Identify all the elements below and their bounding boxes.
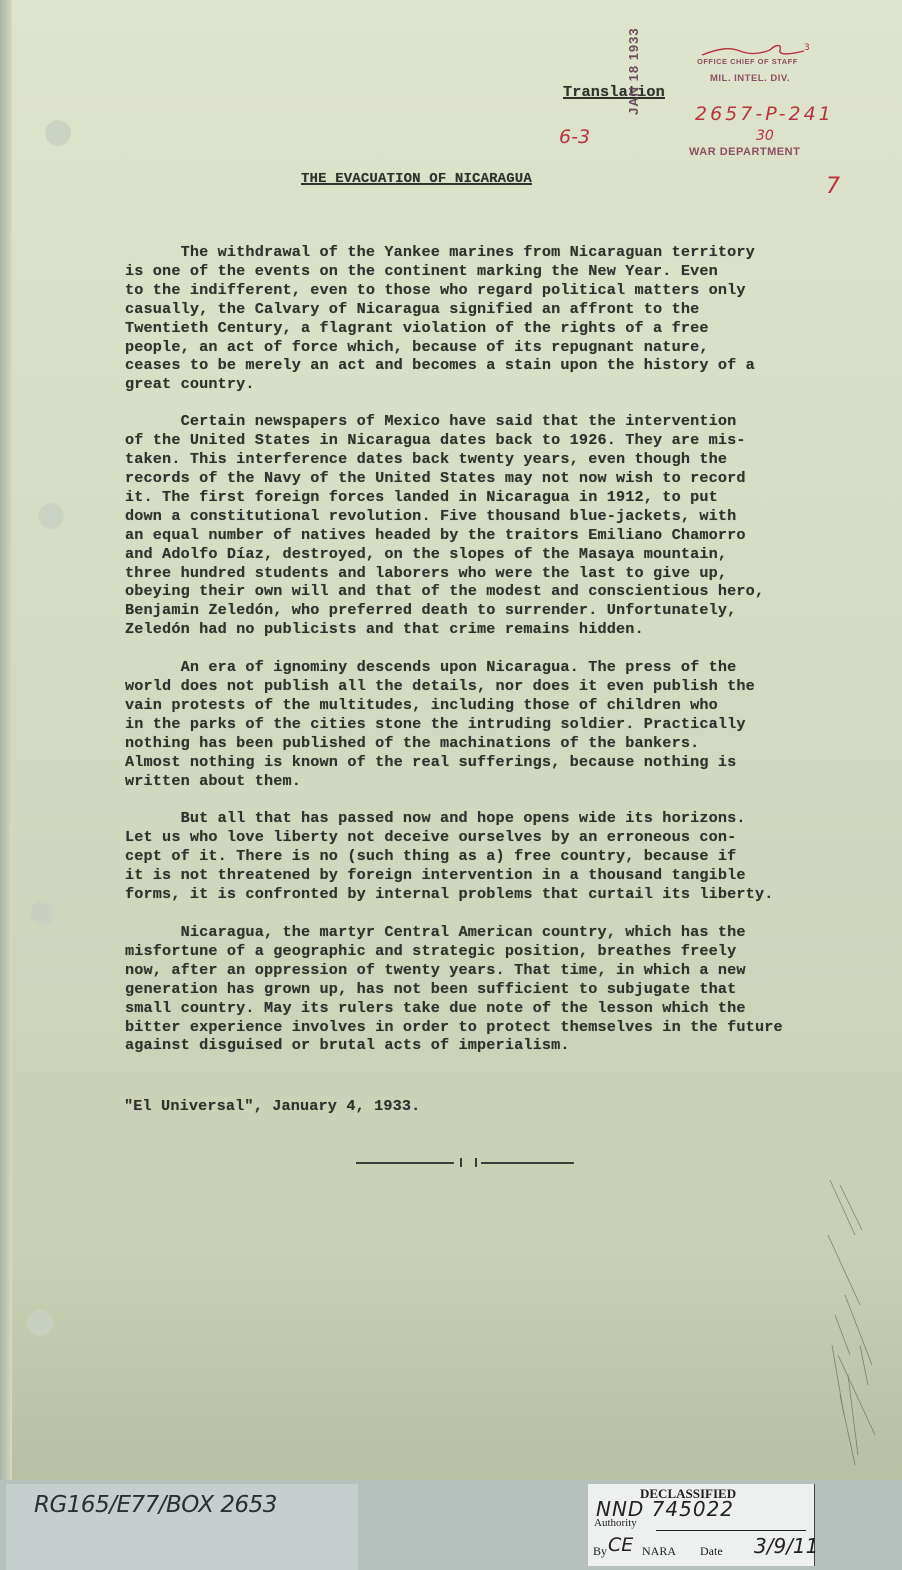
box-label: RG165/E77/BOX 2653 bbox=[34, 1492, 277, 1518]
paragraph: An era of ignominy descends upon Nicarag… bbox=[125, 658, 825, 790]
number-annotation: 30 bbox=[756, 128, 774, 144]
paragraph: But all that has passed now and hope ope… bbox=[125, 809, 825, 904]
by-value: CE bbox=[608, 1534, 633, 1556]
authority-line bbox=[656, 1530, 806, 1531]
corner-mark-annotation: 7 bbox=[826, 174, 840, 199]
translation-label: Translation bbox=[563, 83, 665, 101]
paragraph: Nicaragua, the martyr Central American c… bbox=[125, 923, 825, 1055]
page-edge-shadow bbox=[0, 0, 12, 1480]
punch-hole bbox=[38, 503, 64, 529]
left-note-annotation: 6-3 bbox=[559, 126, 590, 148]
declassified-stamp: DECLASSIFIED NND 745022 Authority By CE … bbox=[588, 1484, 814, 1566]
authority-label: Authority bbox=[594, 1517, 637, 1529]
mil-intel-stamp: MIL. INTEL. DIV. bbox=[710, 73, 790, 84]
punch-hole bbox=[30, 900, 56, 926]
svg-text:3: 3 bbox=[804, 43, 810, 53]
nara-label: NARA bbox=[642, 1544, 676, 1559]
by-label: By bbox=[593, 1544, 607, 1559]
punch-hole bbox=[27, 1310, 53, 1336]
received-date-stamp: JAN 18 1933 bbox=[626, 27, 641, 115]
date-value: 3/9/11 bbox=[754, 1534, 818, 1558]
pencil-scribble-icon bbox=[800, 1175, 880, 1475]
document-body: The withdrawal of the Yankee marines fro… bbox=[125, 243, 825, 1074]
signature-scribble-icon: 3 bbox=[700, 42, 812, 58]
document-title: THE EVACUATION OF NICARAGUA bbox=[301, 171, 532, 187]
document-page: 3 OFFICE CHIEF OF STAFF MIL. INTEL. DIV.… bbox=[0, 0, 902, 1480]
paragraph: Certain newspapers of Mexico have said t… bbox=[125, 412, 825, 639]
file-number-annotation: 2657-P-241 bbox=[695, 103, 834, 125]
date-label: Date bbox=[700, 1544, 723, 1559]
punch-hole bbox=[45, 120, 71, 146]
source-citation: "El Universal", January 4, 1933. bbox=[124, 1097, 420, 1115]
war-department-stamp: WAR DEPARTMENT bbox=[689, 146, 800, 158]
office-chief-stamp: OFFICE CHIEF OF STAFF bbox=[697, 57, 798, 66]
paragraph: The withdrawal of the Yankee marines fro… bbox=[125, 243, 825, 394]
end-divider bbox=[356, 1158, 574, 1168]
box-label-card: RG165/E77/BOX 2653 bbox=[6, 1484, 358, 1570]
